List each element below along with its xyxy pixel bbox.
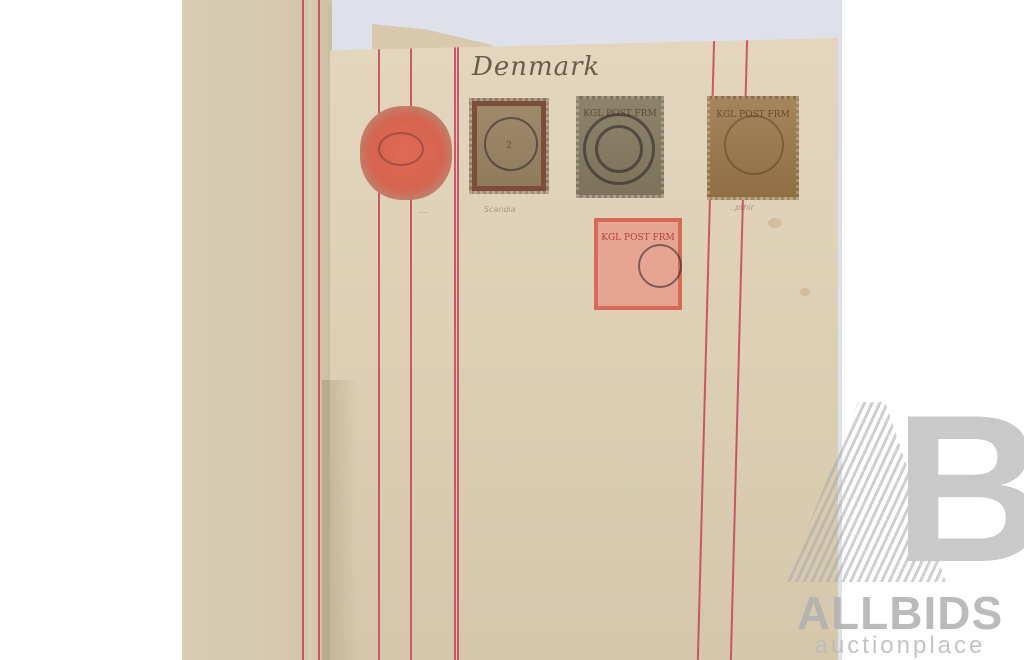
watermark-tagline: auctionplace	[776, 632, 1024, 660]
stamp-label: KGL POST FRM	[601, 233, 674, 243]
fold-shadow	[322, 380, 358, 660]
red-rule-line	[318, 0, 320, 660]
stamp-label: KGL POST FRM	[583, 109, 656, 119]
foxing-stain	[800, 288, 810, 296]
red-rule-line	[457, 38, 459, 660]
stamp-red-oval	[360, 106, 452, 200]
cancel-mark	[724, 115, 784, 175]
stamp-label: KGL POST FRM	[716, 110, 789, 120]
stamp-ochre-brown: KGL POST FRM	[707, 96, 799, 200]
foxing-stain	[768, 218, 782, 228]
stamp-brown-2-skilling: 2	[469, 98, 549, 194]
pencil-note: ..pthir	[730, 203, 754, 212]
cancel-mark	[378, 132, 424, 166]
stamp-label: 2	[506, 141, 512, 151]
pencil-note: ....	[418, 206, 428, 215]
scene: Denmark 2 KGL POST FRM KGL POST FRM KGL …	[0, 0, 1024, 660]
cancel-mark	[595, 125, 643, 173]
red-rule-line	[302, 0, 304, 660]
stamp-red-4-skilling: KGL POST FRM	[594, 218, 682, 310]
cancel-mark	[638, 244, 682, 288]
page-heading: Denmark	[472, 52, 600, 82]
allbids-watermark: B ALLBIDS auctionplace	[776, 396, 1024, 660]
pencil-note: Scandia	[484, 205, 516, 214]
stamp-olive-grey: KGL POST FRM	[576, 96, 664, 198]
red-rule-line	[454, 38, 456, 660]
album-photo: Denmark 2 KGL POST FRM KGL POST FRM KGL …	[182, 0, 842, 660]
left-facing-page	[182, 0, 332, 660]
watermark-monogram: B	[894, 404, 1014, 574]
